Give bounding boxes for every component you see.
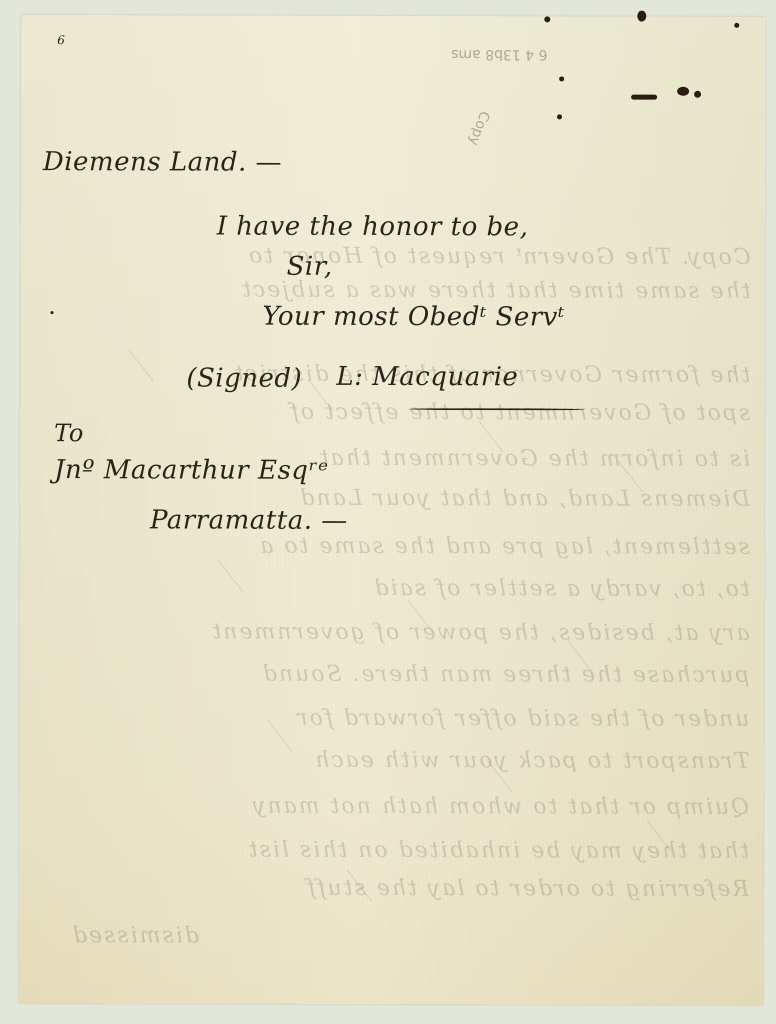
page-number: 6 [57, 33, 65, 47]
bleed-through-line: that they may be inhabited on this list [59, 837, 749, 864]
ink-blot [559, 76, 564, 81]
bleed-through-line: Quimp or that to whom hath not many [59, 793, 749, 820]
ink-blot [557, 114, 562, 119]
ink-blot [637, 11, 646, 22]
bleed-through-line: under of the said offer forward for [59, 705, 749, 732]
bleed-through-line: Referring to order to lay the stuff [59, 875, 749, 902]
bleed-through-line: purchase the three man there. Sound [60, 661, 750, 688]
pencil-note-copy: Copy [465, 109, 492, 148]
bleed-through-line: spot of Government to the effect of [60, 399, 750, 426]
signed-label: (Signed) [186, 363, 302, 393]
addressee-location: Parramatta. — [150, 505, 348, 536]
closing-line-3: Your most Obedᵗ Servᵗ [262, 302, 564, 333]
ink-blot [544, 16, 550, 22]
ink-blot [51, 311, 54, 314]
addressee: Jnº Macarthur Esqʳᵉ [54, 455, 329, 486]
closing-salutation: Sir, [287, 252, 333, 282]
ink-blot [677, 87, 689, 96]
manuscript-page: Copy. The Governᵗ request of Honor to th… [19, 15, 766, 1005]
ink-blot [734, 23, 739, 28]
place-line: Diemens Land. — [43, 147, 282, 178]
closing-line-1: I have the honor to be, [217, 212, 529, 243]
bleed-through-line: ary at, besides, the power of government [60, 619, 750, 646]
ink-blot [694, 91, 701, 98]
bleed-through-line: to, to, vardy a settler of said [60, 575, 750, 602]
bleed-through-line: settlement, lag pre and the same to a [60, 533, 750, 560]
bleed-through-line: Copy. The Governᵗ request of Honor to [61, 243, 751, 270]
bleed-through-line: the same time that there was a subject [61, 277, 751, 304]
ink-blot [631, 95, 657, 100]
pencil-note: 6 4 13b8 ams [451, 46, 547, 62]
signature: L: Macquarie [336, 362, 518, 392]
bleed-through-line: dismissed [59, 923, 199, 948]
bleed-through-line: Transport to pack your with each [59, 747, 749, 774]
to-label: To [54, 419, 84, 447]
